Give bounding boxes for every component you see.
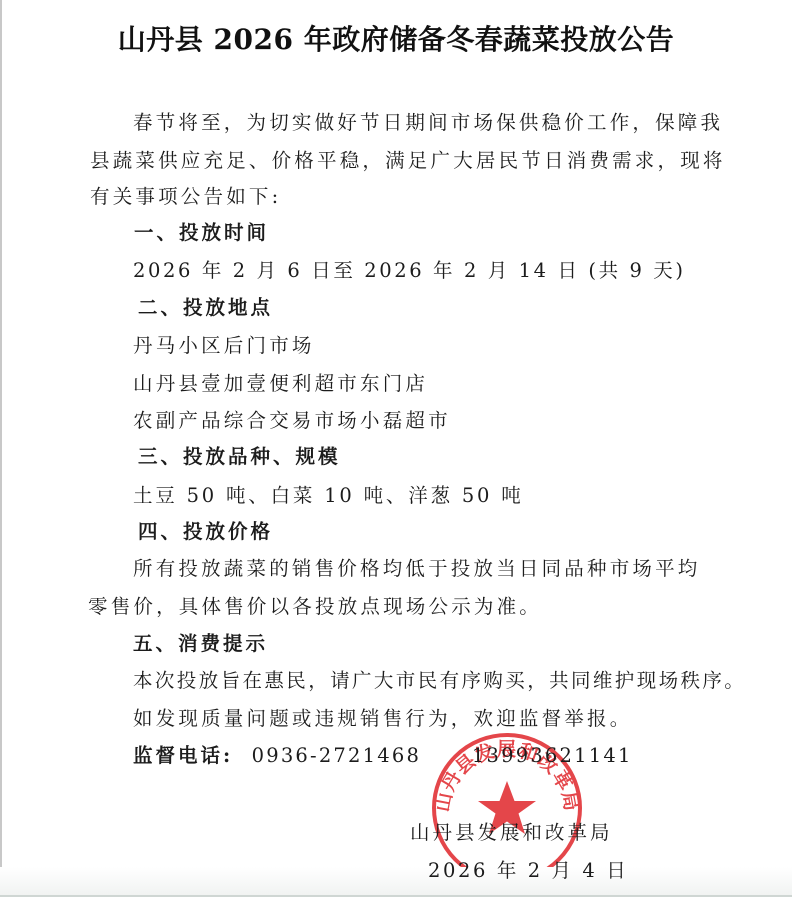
hotline-phone-1: 0936-2721468 [252,744,421,767]
issuer-name: 山丹县发展和改革局 [410,817,613,845]
intro-line-2: 县蔬菜供应充足、价格平稳，满足广大居民节日消费需求，现将 [90,145,726,173]
tips-line-1: 本次投放旨在惠民，请广大市民有序购买，共同维护现场秩序。 [133,665,746,693]
price-line-1: 所有投放蔬菜的销售价格均低于投放当日同品种市场平均 [133,553,701,581]
hotline-phone-2: 13993621141 [472,744,633,767]
location-item: 山丹县壹加壹便利超市东门店 [133,368,428,396]
page-edge [0,0,2,897]
price-line-2: 零售价，具体售价以各投放点现场公示为准。 [88,591,542,619]
section-heading-locations: 二、投放地点 [138,292,273,320]
page-bottom-shade [0,867,792,897]
location-item: 丹马小区后门市场 [133,330,315,358]
tips-line-2: 如发现质量问题或违规销售行为，欢迎监督举报。 [133,703,632,731]
section-heading-price: 四、投放价格 [138,516,273,544]
hotline-label: 监督电话: [133,744,233,767]
intro-line-1: 春节将至，为切实做好节日期间市场保供稳价工作，保障我 [133,107,723,135]
issue-date: 2026 年 2 月 4 日 [428,855,628,883]
section-heading-varieties: 三、投放品种、规模 [138,441,341,469]
location-item: 农副产品综合交易市场小磊超市 [133,405,451,433]
intro-line-3: 有关事项公告如下: [90,181,281,209]
varieties-scale: 土豆 50 吨、白菜 10 吨、洋葱 50 吨 [133,480,524,508]
section-heading-time: 一、投放时间 [134,217,269,245]
section-heading-tips: 五、消费提示 [133,628,268,656]
release-period: 2026 年 2 月 6 日至 2026 年 2 月 14 日 (共 9 天) [133,255,686,283]
hotline: 监督电话: 0936-2721468 13993621141 [133,740,633,768]
document-title: 山丹县 2026 年政府储备冬春蔬菜投放公告 [0,18,792,58]
